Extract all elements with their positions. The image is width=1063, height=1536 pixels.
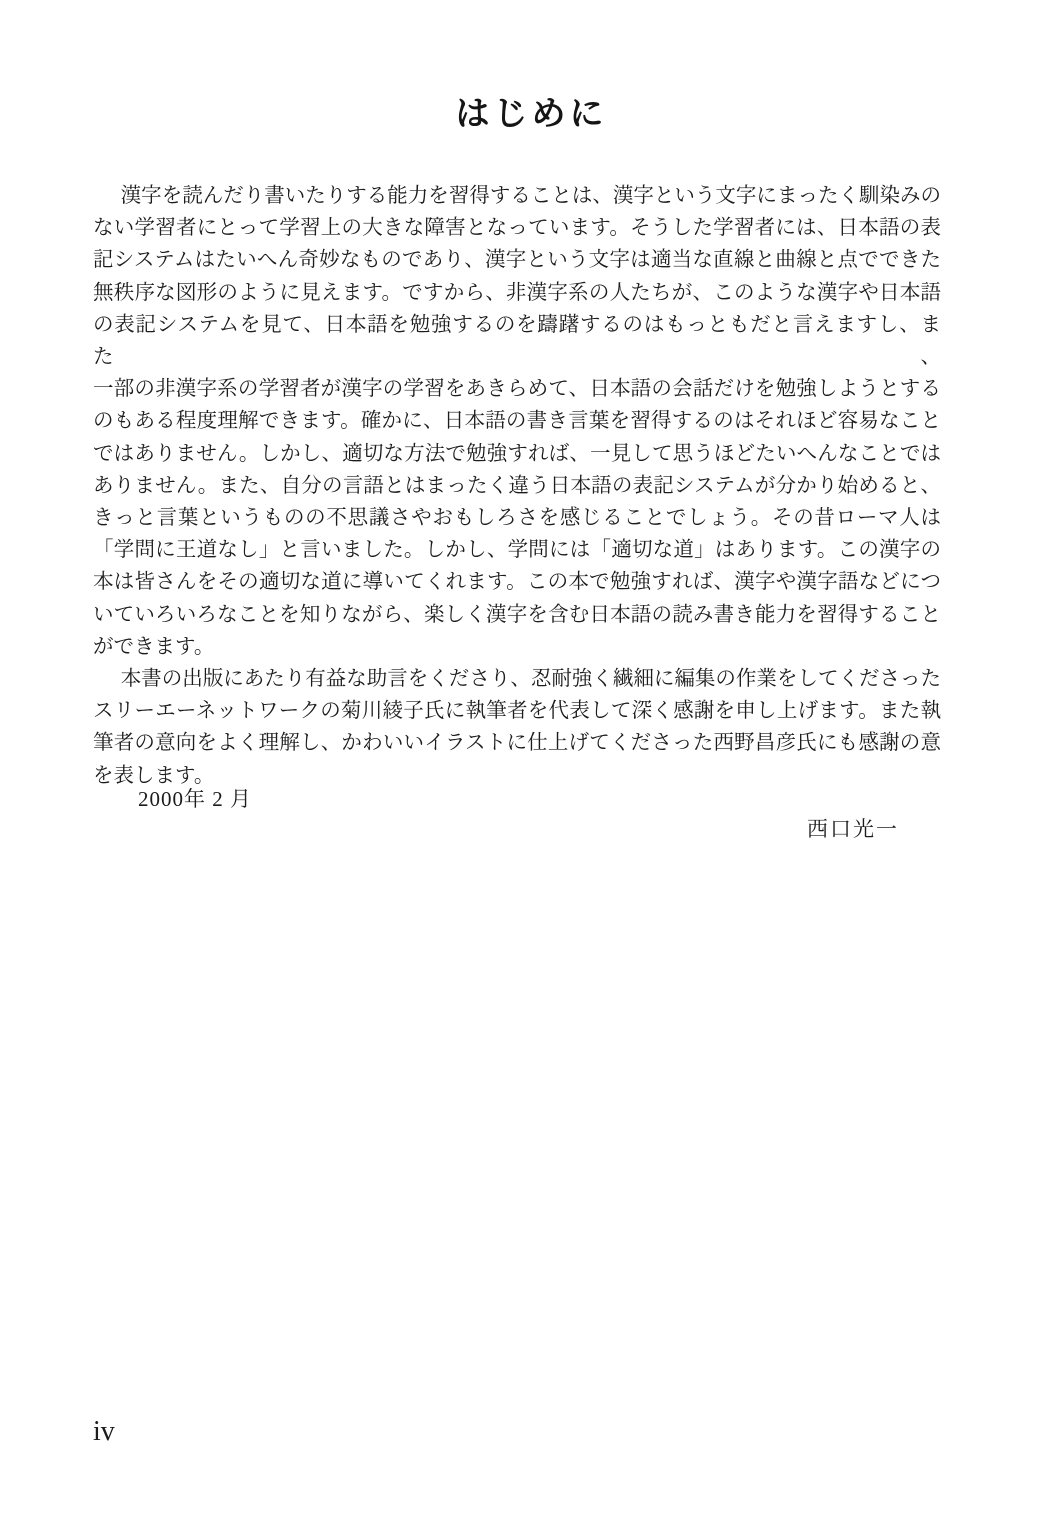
text-line: の表記システムを見て、日本語を勉強するのを躊躇するのはもっともだと言えますし、ま… [93,309,941,373]
text-line: ができます。 [93,631,941,663]
text-line: 無秩序な図形のように見えます。ですから、非漢字系の人たちが、このような漢字や日本… [93,277,941,309]
text-line: 「学問に王道なし」と言いました。しかし、学問には「適切な道」はあります。この漢字… [93,534,941,566]
text-line: スリーエーネットワークの菊川綾子氏に執筆者を代表して深く感謝を申し上げます。また… [93,695,941,727]
text-line: 一部の非漢字系の学習者が漢字の学習をあきらめて、日本語の会話だけを勉強しようとす… [93,373,941,405]
text-line: 本は皆さんをその適切な道に導いてくれます。この本で勉強すれば、漢字や漢字語などに… [93,566,941,598]
date-line: 2000年 2 月 [138,783,252,813]
body-text: 漢字を読んだり書いたりする能力を習得することは、漢字という文字にまったく馴染みの… [93,180,941,792]
text-line: いていろいろなことを知りながら、楽しく漢字を含む日本語の読み書き能力を習得するこ… [93,599,941,631]
document-page: はじめに 漢字を読んだり書いたりする能力を習得することは、漢字という文字にまった… [0,0,1063,1536]
text-line: ありません。また、自分の言語とはまったく違う日本語の表記システムが分かり始めると… [93,470,941,502]
text-line: ない学習者にとって学習上の大きな障害となっています。そうした学習者には、日本語の… [93,212,941,244]
text-line: きっと言葉というものの不思議さやおもしろさを感じることでしょう。その昔ローマ人は [93,502,941,534]
text-line: のもある程度理解できます。確かに、日本語の書き言葉を習得するのはそれほど容易なこ… [93,405,941,437]
text-line: 漢字を読んだり書いたりする能力を習得することは、漢字という文字にまったく馴染みの [93,180,941,212]
text-line: 筆者の意向をよく理解し、かわいいイラストに仕上げてくださった西野昌彦氏にも感謝の… [93,727,941,759]
text-line: 本書の出版にあたり有益な助言をくださり、忍耐強く繊細に編集の作業をしてくださった [93,663,941,695]
page-title: はじめに [0,86,1063,135]
page-number: iv [93,1416,115,1448]
text-line: ではありません。しかし、適切な方法で勉強すれば、一見して思うほどたいへんなことで… [93,438,941,470]
author-name: 西口光一 [93,813,941,843]
text-line: 記システムはたいへん奇妙なものであり、漢字という文字は適当な直線と曲線と点ででき… [93,244,941,276]
